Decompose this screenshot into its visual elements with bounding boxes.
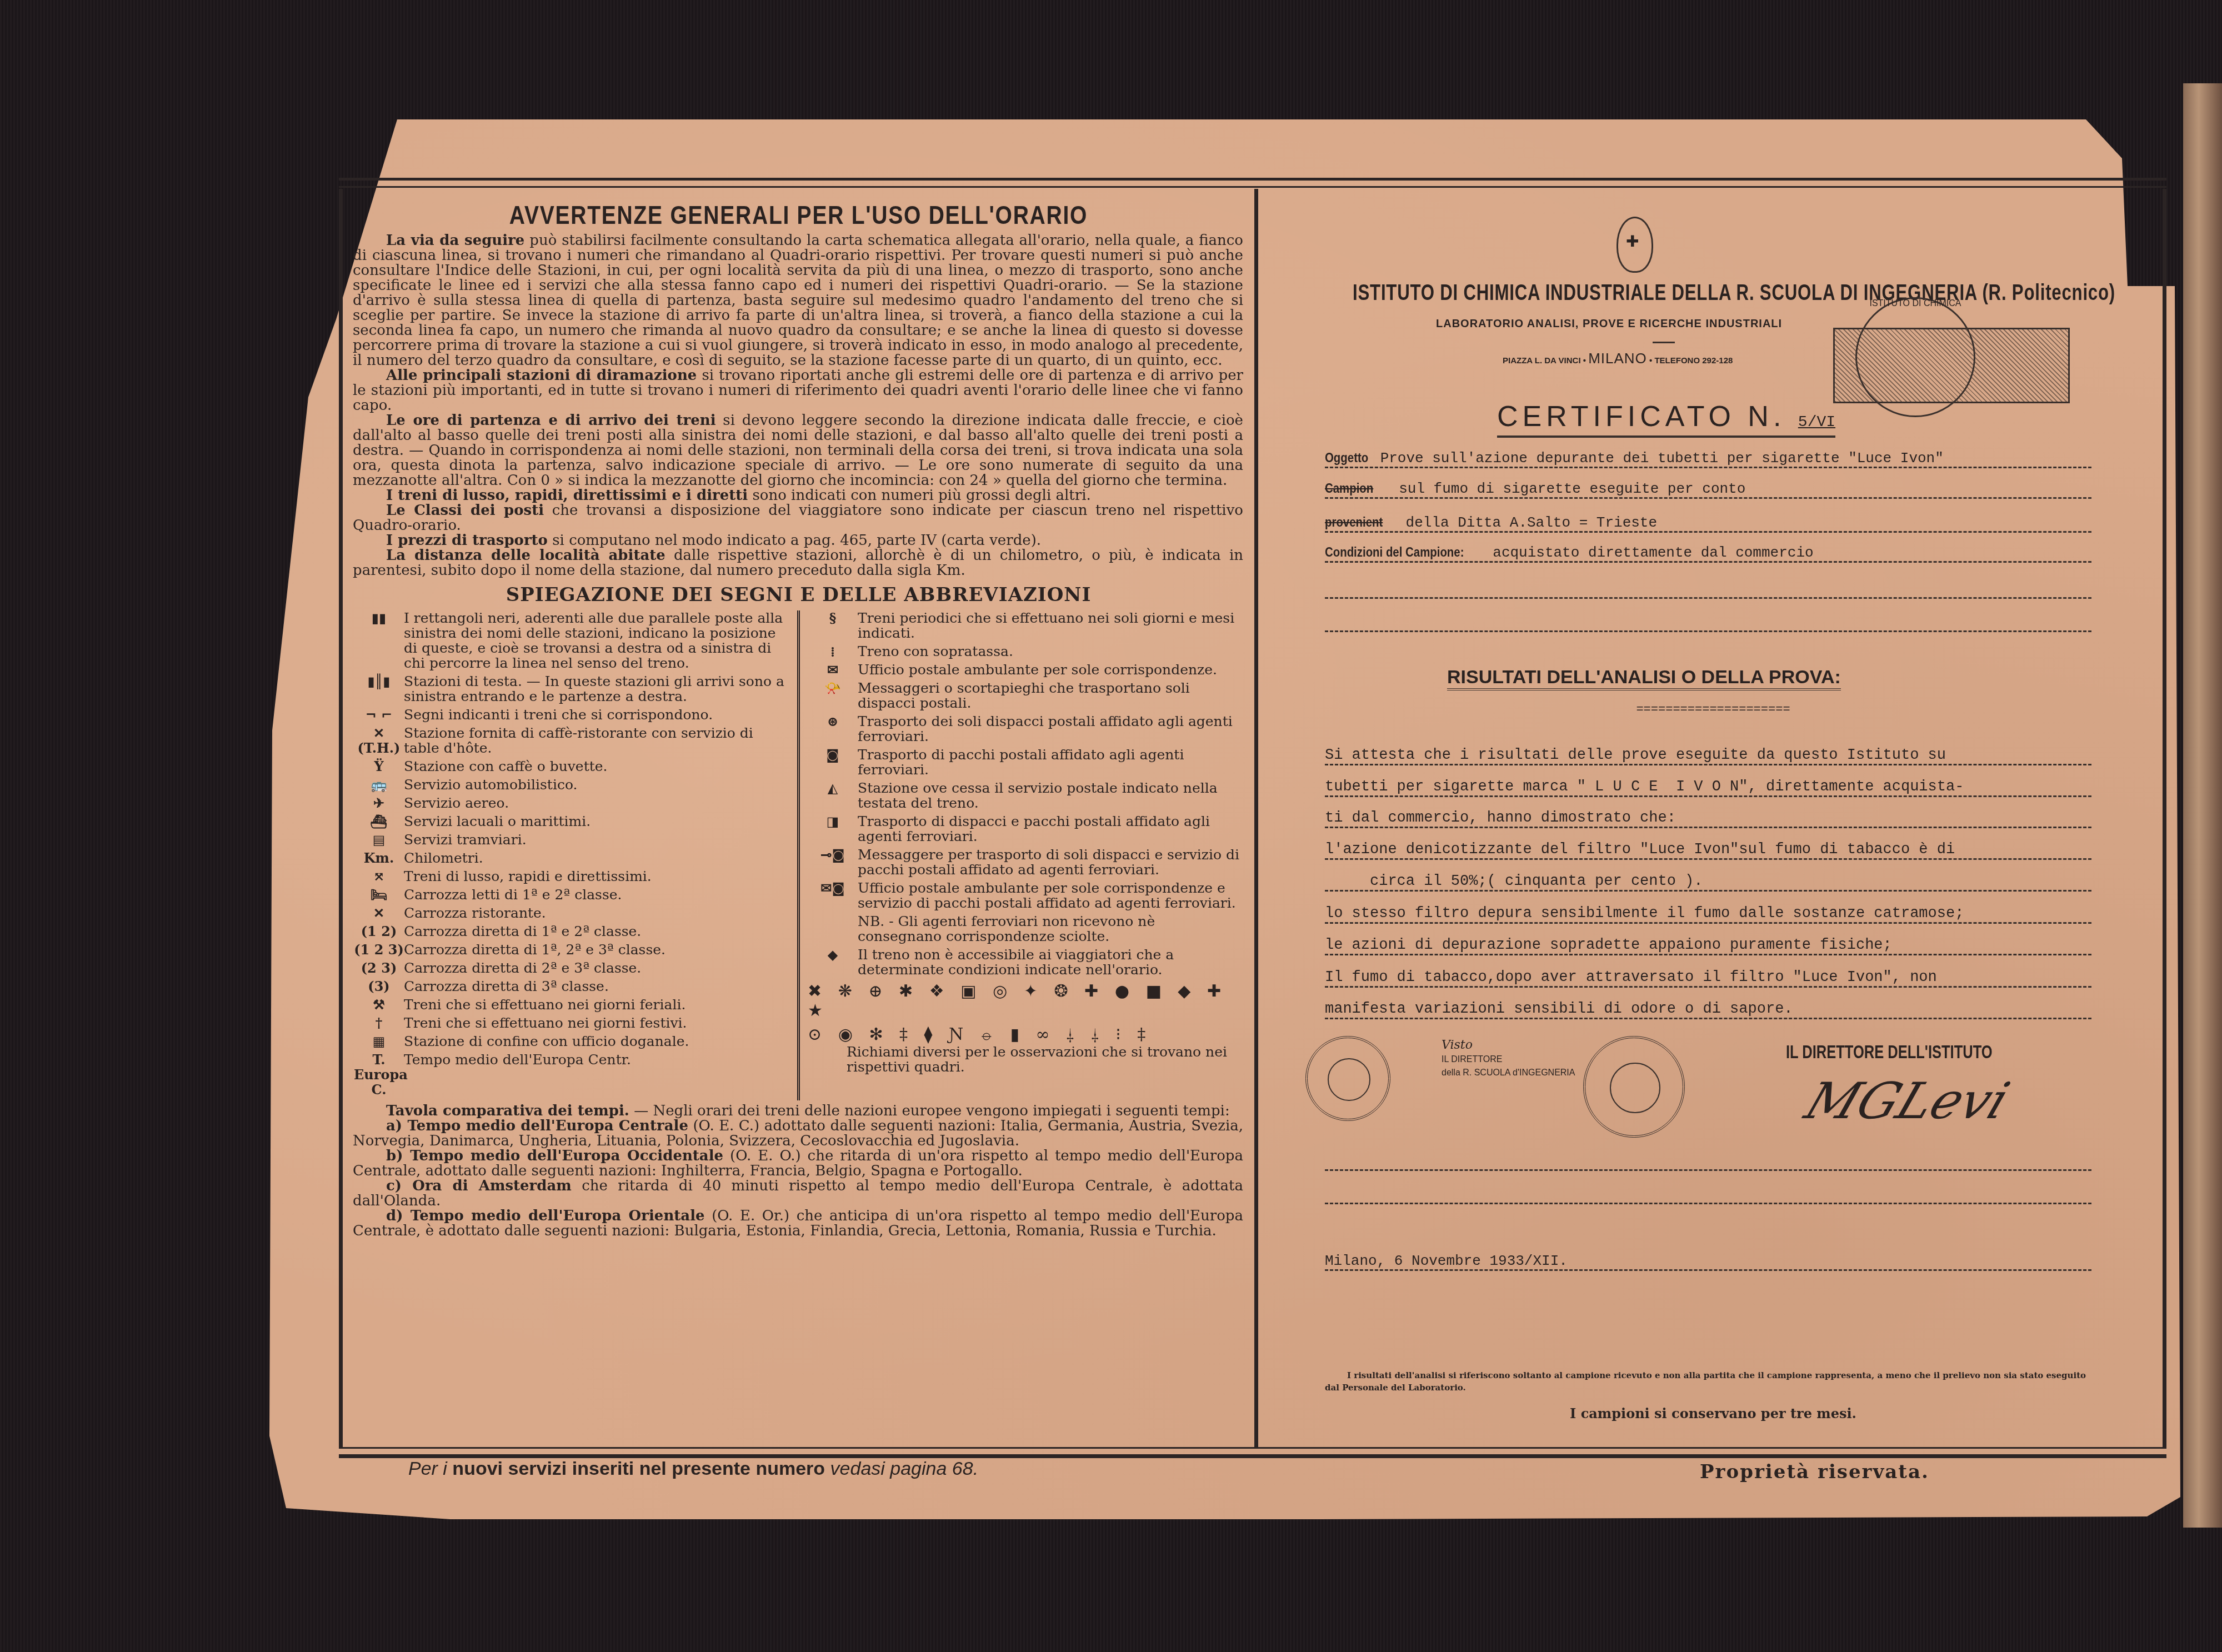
legend-title: SPIEGAZIONE DEI SEGNI E DELLE ABBREVIAZI… <box>343 584 1254 606</box>
terminal-station-icon: ▮║▮ <box>354 674 404 704</box>
address: PIAZZA L. DA VINCI • MILANO • TELEFONO 2… <box>1503 350 1733 367</box>
weekday-icon: ⚒ <box>354 997 404 1012</box>
paragraph: c) Ora di Amsterdam che ritarda di 40 mi… <box>353 1179 1243 1209</box>
legend-right-column: §Treni periodici che si effettuano nei s… <box>800 610 1243 1100</box>
legend-item: ✉◙Ufficio postale ambulante per sole cor… <box>808 880 1243 910</box>
coach-1-2-3-icon: (1 2 3) <box>354 942 404 957</box>
copyright-note: Proprietà riservata. <box>1700 1461 1929 1483</box>
paragraph: d) Tempo medio dell'Europa Orientale (O.… <box>353 1209 1243 1239</box>
reference-symbols-row-2: ⊙ ◉ ✻ ‡ ⧫ Ɲ ⦵ ▮ ∞ ⸸ ⸸ ⁝ ‡ <box>808 1025 1243 1044</box>
legend-item: NB. - Gli agenti ferroviari non ricevono… <box>808 914 1243 944</box>
wheel-box-icon: ⊛ <box>808 714 858 744</box>
coach-1-2-icon: (1 2) <box>354 924 404 939</box>
field-oggetto: Oggetto Prove sull'azione depurante dei … <box>1325 450 2091 468</box>
legend-item: ▮▮I rettangoli neri, aderenti alle due p… <box>354 610 789 670</box>
divider <box>1653 342 1675 343</box>
ship-icon: ⛴ <box>354 814 404 829</box>
legend-note <box>808 914 858 944</box>
connection-marks-icon: ¬ ⌐ <box>354 707 404 722</box>
blank-line <box>1325 630 2091 632</box>
field-provenienza: provenient della Ditta A.Salto = Trieste <box>1325 514 2091 533</box>
triangle-box-icon: ◭ <box>808 780 858 810</box>
legend-item: 🛏Carrozza letti di 1ª e 2ª classe. <box>354 887 789 902</box>
legend-item: (2 3)Carrozza diretta di 2ª e 3ª classe. <box>354 960 789 975</box>
frame-bottom-rule <box>339 1447 2166 1458</box>
wheel-filled-box-icon: ◙ <box>808 747 858 777</box>
legend-item: §Treni periodici che si effettuano nei s… <box>808 610 1243 640</box>
institute-name: ISTITUTO DI CHIMICA INDUSTRIALE DELLA R.… <box>1353 281 2115 306</box>
legend: ▮▮I rettangoli neri, aderenti alle due p… <box>354 610 1243 1100</box>
dining-car-icon: ✕ <box>354 905 404 920</box>
surcharge-icon: ⁞ <box>808 644 858 659</box>
results-title: RISULTATI DELL'ANALISI O DELLA PROVA: <box>1447 667 1841 690</box>
paragraph: I treni di lusso, rapidi, direttissimi e… <box>353 488 1243 503</box>
paragraph: a) Tempo medio dell'Europa Centrale (O. … <box>353 1119 1243 1149</box>
coach-3-icon: (3) <box>354 979 404 994</box>
paragraph: I prezzi di trasporto si computano nel m… <box>353 533 1243 548</box>
left-page-timetable-notes: AVVERTENZE GENERALI PER L'USO DELL'ORARI… <box>339 189 1258 1447</box>
messenger-parcel-icon: ⊸◙ <box>808 847 858 877</box>
result-line: manifesta variazioni sensibili di odore … <box>1325 1001 2091 1019</box>
footer-new-services-note: Per i nuovi servizi inseriti nel present… <box>408 1458 978 1480</box>
envelope-icon: ✉ <box>808 662 858 677</box>
coach-2-3-icon: (2 3) <box>354 960 404 975</box>
express-train-icon: ⤧ <box>354 869 404 884</box>
legend-item: ▤Servizi tramviari. <box>354 832 789 847</box>
bus-icon: 🚌 <box>354 777 404 792</box>
legend-item: ⤧Treni di lusso, rapidi e direttissimi. <box>354 869 789 884</box>
cafe-icon: Ϋ <box>354 759 404 774</box>
legend-item: ⊛Trasporto dei soli dispacci postali aff… <box>808 714 1243 744</box>
envelope-parcel-icon: ✉◙ <box>808 880 858 910</box>
legend-item: †Treni che si effettuano nei giorni fest… <box>354 1015 789 1030</box>
symbols-caption: Richiami diversi per le osservazioni che… <box>847 1044 1243 1074</box>
paragraph: La via da seguire può stabilirsi facilme… <box>353 233 1243 368</box>
holiday-cross-icon: † <box>354 1015 404 1030</box>
legend-item: ◭Stazione ove cessa il servizio postale … <box>808 780 1243 810</box>
booklet-spine <box>2183 83 2222 1528</box>
legend-left-column: ▮▮I rettangoli neri, aderenti alle due p… <box>354 610 800 1100</box>
certificate-heading: CERTIFICATO N. 5/VI <box>1497 400 1835 438</box>
paragraph: Le Classi dei posti che trovansi a dispo… <box>353 503 1243 533</box>
post-horn-icon: 📯 <box>808 680 858 710</box>
legend-item: ✕ (T.H.)Stazione fornita di caffè-ristor… <box>354 725 789 755</box>
royal-emblem-icon <box>1617 217 1653 273</box>
samples-retention-note: I campioni si conservano per tre mesi. <box>1264 1405 2163 1421</box>
diamond-icon: ◆ <box>808 947 858 977</box>
director-signature: MGLevi <box>1798 1072 2017 1130</box>
half-filled-box-icon: ◨ <box>808 814 858 844</box>
date-line: Milano, 6 Novembre 1933/XII. <box>1325 1253 2091 1271</box>
paragraph: Alle principali stazioni di diramazione … <box>353 368 1243 413</box>
result-line: lo stesso filtro depura sensibilmente il… <box>1325 905 2091 924</box>
legend-item: ¬ ⌐Segni indicanti i treni che si corris… <box>354 707 789 722</box>
legend-item: ⊸◙Messaggere per trasporto di soli dispa… <box>808 847 1243 877</box>
result-line: le azioni di depurazione sopradette appa… <box>1325 937 2091 955</box>
page-title: AVVERTENZE GENERALI PER L'USO DELL'ORARI… <box>411 200 1186 230</box>
legend-item: ΫStazione con caffè o buvette. <box>354 759 789 774</box>
legend-item: ⚒Treni che si effettuano nei giorni feri… <box>354 997 789 1012</box>
reference-symbols-row-1: ✖ ❋ ⊕ ✱ ❖ ▣ ◎ ✦ ❂ ✚ ● ■ ◆ ✚ ★ <box>808 982 1243 1020</box>
legend-item: ◆Il treno non è accessibile ai viaggiato… <box>808 947 1243 977</box>
legend-item: ✕Carrozza ristorante. <box>354 905 789 920</box>
blank-line <box>1325 1169 2091 1171</box>
legend-item: ✉Ufficio postale ambulante per sole corr… <box>808 662 1243 677</box>
legend-item: 🚌Servizio automobilistico. <box>354 777 789 792</box>
customs-icon: ▦ <box>354 1034 404 1049</box>
tram-icon: ▤ <box>354 832 404 847</box>
legend-item: (1 2)Carrozza diretta di 1ª e 2ª classe. <box>354 924 789 939</box>
sleeping-car-icon: 🛏 <box>354 887 404 902</box>
result-line: Si attesta che i risultati delle prove e… <box>1325 747 2091 765</box>
legend-item: 📯Messaggeri o scortapieghi che trasporta… <box>808 680 1243 710</box>
laboratory-name: LABORATORIO ANALISI, PROVE E RICERCHE IN… <box>1436 318 1782 331</box>
visto-stamp: VistoIL DIRETTOREdella R. SCUOLA d'INGEG… <box>1442 1039 1575 1080</box>
result-line: ti dal commercio, hanno dimostrato che: <box>1325 810 2091 828</box>
result-line: Il fumo di tabacco,dopo aver attraversat… <box>1325 969 2091 988</box>
institute-stamp-icon: ISTITUTO DI CHIMICA <box>1855 297 1975 417</box>
legend-item: Km.Chilometri. <box>354 850 789 865</box>
legend-item: ▦Stazione di confine con ufficio doganal… <box>354 1034 789 1049</box>
legend-item: ⁞Treno con sopratassa. <box>808 644 1243 659</box>
paragraph: b) Tempo medio dell'Europa Occidentale (… <box>353 1149 1243 1179</box>
instructions-paragraphs: La via da seguire può stabilirsi facilme… <box>343 233 1254 578</box>
tavola-intro: Tavola comparativa dei tempi. — Negli or… <box>353 1104 1243 1119</box>
restaurant-icon: ✕ (T.H.) <box>354 725 404 755</box>
legend-item: ✈Servizio aereo. <box>354 795 789 810</box>
legend-item: (1 2 3)Carrozza diretta di 1ª, 2ª e 3ª c… <box>354 942 789 957</box>
paragraph: La distanza delle località abitate dalle… <box>353 548 1243 578</box>
school-seal-icon <box>1305 1036 1390 1121</box>
director-label: IL DIRETTORE DELL'ISTITUTO <box>1786 1042 1993 1063</box>
legend-item: ▮║▮Stazioni di testa. — In queste stazio… <box>354 674 789 704</box>
legend-item: T. Europa C.Tempo medio dell'Europa Cent… <box>354 1052 789 1097</box>
disclaimer: I risultati dell'analisi si riferiscono … <box>1325 1369 2097 1394</box>
legend-item: ◙Trasporto di pacchi postali affidato ag… <box>808 747 1243 777</box>
institute-seal-icon <box>1583 1036 1685 1138</box>
certificate-number: 5/VI <box>1798 414 1835 431</box>
time-zones-table: a) Tempo medio dell'Europa Centrale (O. … <box>343 1119 1254 1239</box>
paragraph: Le ore di partenza e di arrivo dei treni… <box>353 413 1243 488</box>
blank-line <box>1325 597 2091 599</box>
certificate-page: ISTITUTO DI CHIMICA INDUSTRIALE DELLA R.… <box>1264 189 2166 1447</box>
station-rectangles-icon: ▮▮ <box>354 610 404 670</box>
results-separator: ===================== <box>1264 703 2163 717</box>
legend-item: (3)Carrozza diretta di 3ª classe. <box>354 979 789 994</box>
frame-top-rule <box>339 178 2166 188</box>
field-campione: Campion sul fumo di sigarette eseguite p… <box>1325 480 2091 499</box>
legend-item: ⛴Servizi lacuali o marittimi. <box>354 814 789 829</box>
km-abbrev: Km. <box>354 850 404 865</box>
result-line: circa il 50%;( cinquanta per cento ). <box>1325 873 2091 892</box>
periodic-train-icon: § <box>808 610 858 640</box>
result-line: tubetti per sigarette marca " L U C E I … <box>1325 779 2091 797</box>
result-line: l'azione denicotizzante del filtro "Luce… <box>1325 842 2091 860</box>
blank-line <box>1325 1203 2091 1204</box>
field-condizioni: Condizioni del Campione: acquistato dire… <box>1325 544 2091 563</box>
cet-abbrev: T. Europa C. <box>354 1052 404 1097</box>
airplane-icon: ✈ <box>354 795 404 810</box>
legend-item: ◨Trasporto di dispacci e pacchi postali … <box>808 814 1243 844</box>
